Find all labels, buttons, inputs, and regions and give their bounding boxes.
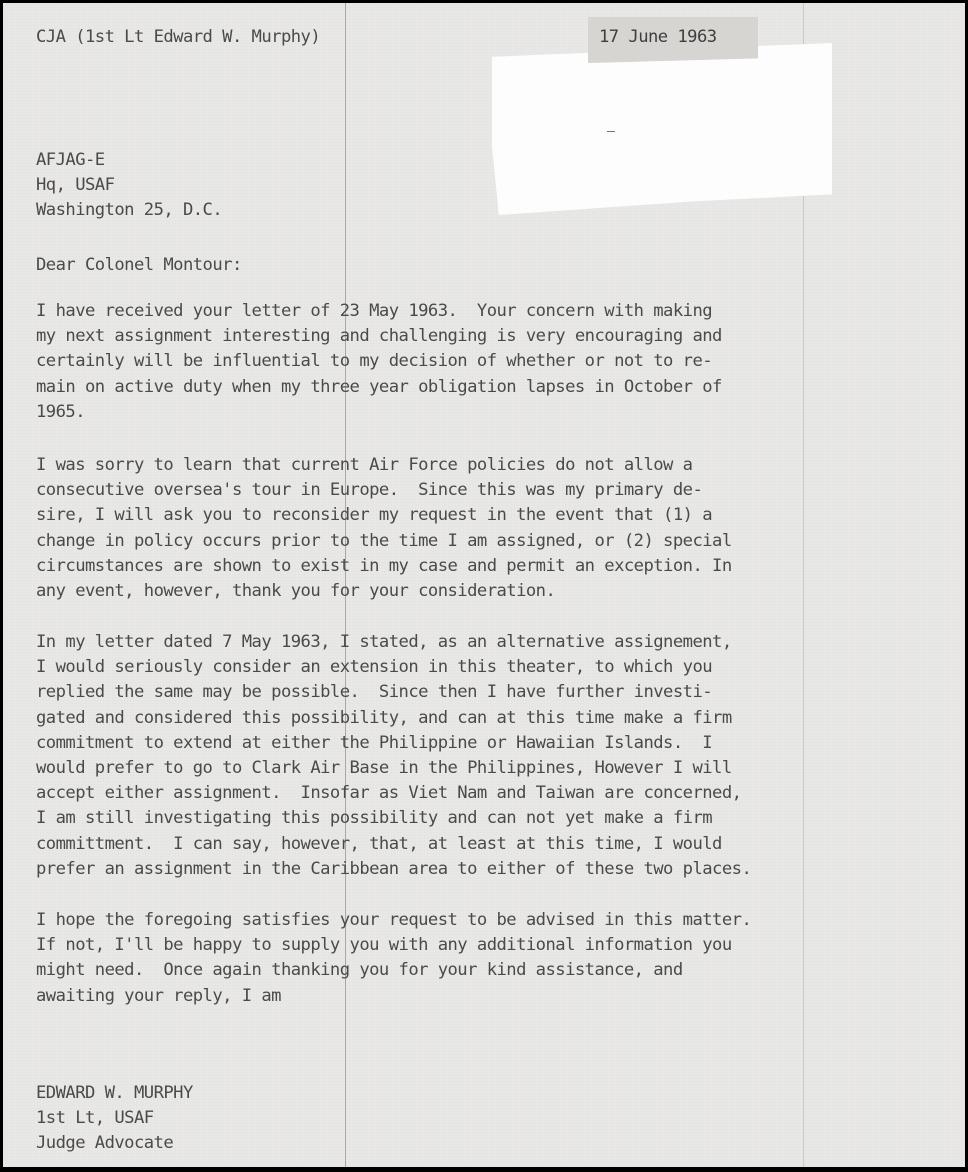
text-line: commitment to extend at either the Phili… <box>36 731 751 756</box>
pasted-paper-patch <box>492 43 832 215</box>
paragraph-3: In my letter dated 7 May 1963, I stated,… <box>36 630 751 882</box>
text-line: would prefer to go to Clark Air Base in … <box>36 756 751 781</box>
text-line: 1965. <box>36 400 722 425</box>
text-line: main on active duty when my three year o… <box>36 375 722 400</box>
address-line: Hq, USAF <box>36 173 222 198</box>
text-line: gated and considered this possibility, a… <box>36 706 751 731</box>
text-line: consecutive oversea's tour in Europe. Si… <box>36 478 732 503</box>
text-line: accept either assignment. Insofar as Vie… <box>36 781 751 806</box>
text-line: I am still investigating this possibilit… <box>36 806 751 831</box>
text-line: If not, I'll be happy to supply you with… <box>36 933 751 958</box>
text-line: In my letter dated 7 May 1963, I stated,… <box>36 630 751 655</box>
signature-rank: 1st Lt, USAF <box>36 1106 193 1131</box>
text-line: might need. Once again thanking you for … <box>36 958 751 983</box>
address-line: Washington 25, D.C. <box>36 198 222 223</box>
salutation: Dear Colonel Montour: <box>36 253 242 278</box>
text-line: I have received your letter of 23 May 19… <box>36 299 722 324</box>
text-line: my next assignment interesting and chall… <box>36 324 722 349</box>
paragraph-2: I was sorry to learn that current Air Fo… <box>36 453 732 604</box>
text-line: awaiting your reply, I am <box>36 984 751 1009</box>
paragraph-4: I hope the foregoing satisfies your requ… <box>36 908 751 1009</box>
text-line: circumstances are shown to exist in my c… <box>36 554 732 579</box>
text-line: certainly will be influential to my deci… <box>36 349 722 374</box>
text-line: change in policy occurs prior to the tim… <box>36 529 732 554</box>
address-line: AFJAG-E <box>36 148 222 173</box>
text-line: any event, however, thank you for your c… <box>36 579 732 604</box>
text-line: I was sorry to learn that current Air Fo… <box>36 453 732 478</box>
recipient-address: AFJAG-EHq, USAFWashington 25, D.C. <box>36 148 222 224</box>
text-line: committment. I can say, however, that, a… <box>36 832 751 857</box>
text-line: I would seriously consider an extension … <box>36 655 751 680</box>
signature-title: Judge Advocate <box>36 1131 193 1156</box>
paragraph-1: I have received your letter of 23 May 19… <box>36 299 722 425</box>
text-line: sire, I will ask you to reconsider my re… <box>36 503 732 528</box>
from-line: CJA (1st Lt Edward W. Murphy) <box>36 25 320 50</box>
text-line: prefer an assignment in the Caribbean ar… <box>36 857 751 882</box>
signature-name: EDWARD W. MURPHY <box>36 1081 193 1106</box>
stray-mark <box>607 131 615 132</box>
letter-page: CJA (1st Lt Edward W. Murphy) 17 June 19… <box>3 3 965 1167</box>
text-line: I hope the foregoing satisfies your requ… <box>36 908 751 933</box>
signature-block: EDWARD W. MURPHY1st Lt, USAFJudge Advoca… <box>36 1081 193 1157</box>
letter-date: 17 June 1963 <box>599 25 717 50</box>
text-line: replied the same may be possible. Since … <box>36 680 751 705</box>
